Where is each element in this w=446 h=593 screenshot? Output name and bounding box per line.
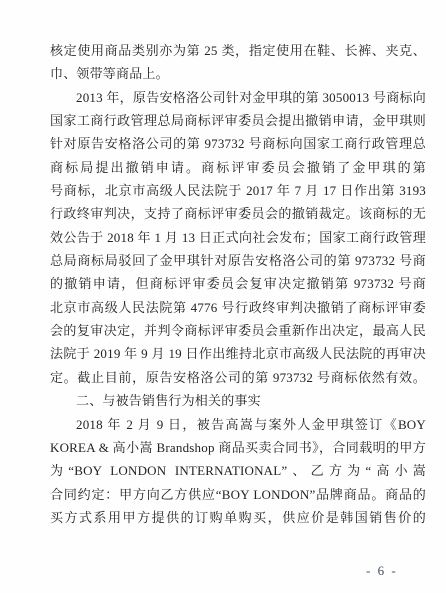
text-line: 针对原告安格洛公司的第 973732 号商标向国家工商行政管理总局 (50, 132, 426, 155)
text-line: 为“BOY LONDON INTERNATIONAL”、乙方为“高小嵩 Bran… (50, 459, 426, 482)
text-block: 核定使用商品类别亦为第 25 类，指定使用在鞋、长裤、夹克、围 巾、领带等商品上… (50, 39, 426, 529)
text-line: 2018 年 2 月 9 日，被告高嵩与案外人金甲琪签订《BOY LONDON (50, 413, 426, 436)
text-line: 巾、领带等商品上。 (50, 62, 426, 85)
text-line: 合同约定：甲方向乙方供应“BOY LONDON”品牌商品。商品的购 (50, 483, 426, 506)
text-line: 的撤销申请，但商标评审委员会复审决定撤销第 973732 号商标， (50, 272, 426, 295)
text-line: 2013 年，原告安格洛公司针对金甲琪的第 3050013 号商标向 (50, 86, 426, 109)
text-line: 北京市高级人民法院第 4776 号行政终审判决撤销了商标评审委员 (50, 296, 426, 319)
text-line: KOREA & 高小嵩 Brandshop 商品买卖合同书》，合同载明的甲方 (50, 436, 426, 459)
text-line: 行政终审判决，支持了商标评审委员会的撤销裁定。该商标的无 (50, 202, 426, 225)
text-line: 效公告于 2018 年 1 月 13 日正式向社会发布；国家工商行政管理 (50, 226, 426, 249)
text-line: 法院于 2019 年 9 月 19 日作出维持北京市高级人民法院的再审决 (50, 342, 426, 365)
text-line: 国家工商行政管理总局商标评审委员会提出撤销申请，金甲琪则 (50, 109, 426, 132)
text-line: 买方式系用甲方提供的订购单购买，供应价是韩国销售价的 50%， (50, 506, 426, 529)
text-line: 商标局提出撤销申请。商标评审委员会撤销了金甲琪的第 3050013 (50, 156, 426, 179)
section-heading: 二、与被告销售行为相关的事实 (50, 389, 426, 412)
document-page: 核定使用商品类别亦为第 25 类，指定使用在鞋、长裤、夹克、围 巾、领带等商品上… (0, 0, 446, 593)
text-line: 定。截止目前，原告安格洛公司的第 973732 号商标依然有效。 (50, 366, 426, 389)
page-number: - 6 - (366, 563, 398, 579)
text-line: 会的复审决定，并判令商标评审委员会重新作出决定，最高人民 (50, 319, 426, 342)
text-line: 号商标，北京市高级人民法院于 2017 年 7 月 17 日作出第 3193 号 (50, 179, 426, 202)
text-line: 核定使用商品类别亦为第 25 类，指定使用在鞋、长裤、夹克、围 (50, 39, 426, 62)
text-line: 总局商标局驳回了金甲琪针对原告安格洛公司的第 973732 号商标 (50, 249, 426, 272)
